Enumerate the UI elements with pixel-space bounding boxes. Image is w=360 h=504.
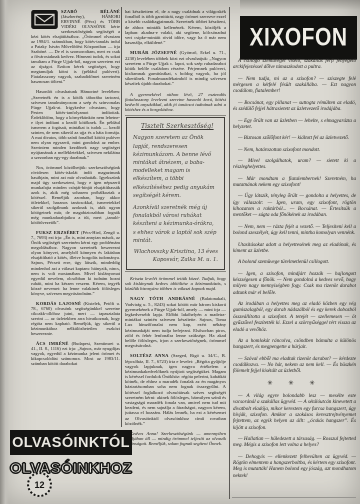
letter-text: (Szeged, Rigó u. 34/C., B. lépcsőház, II… (125, 353, 226, 425)
story-paragraph: — A világ egyre bolondabb lesz — mesélte… (233, 393, 356, 431)
handwritten-letter-box: Tisztelt Szerkesztőség! Nagyon szeretem … (126, 117, 225, 270)
story-paragraph: — Mivel szolgálhatok, uram? — sietett ki… (233, 158, 356, 171)
scan-top-shadow (240, 0, 360, 10)
story-paragraph: — Egy őrült van az üzletben — lehelte, s… (233, 118, 356, 131)
middle-column: hat készítettem el, de a nagy családnak … (125, 9, 226, 501)
letter-text: hat készítettem el, de a nagy családnak … (125, 9, 226, 45)
reader-letter: KORDÁS LAJOSNÉ (Kistelek, Petőfi u. 78.,… (31, 301, 120, 336)
letter-continuation: hat készítettem el, de a nagy családnak … (125, 9, 226, 45)
humor-column-title: XIXOFON (240, 16, 357, 60)
reader-letter: SZABÓ BÉLÁNÉ (Jászberény), HÁMORI ERVINN… (31, 9, 120, 84)
story-paragraph: A csillogó szemüveget viselő, szakállas … (233, 58, 356, 71)
story-paragraph: — Dehogyis — ellenkezett felhevülten az … (233, 454, 356, 479)
letter-text: Kedves Anna! Szerkesztőségünk — amennyib… (125, 431, 226, 446)
left-column: SZABÓ BÉLÁNÉ (Jászberény), HÁMORI ERVINN… (31, 9, 120, 426)
reader-letter: NAGY TÓTH ANDRÁSNÉ (Balatonakali, Vadvir… (125, 296, 226, 348)
story-paragraph: — Már mondtam a fiatalembernek! Szeretné… (233, 176, 356, 189)
story-paragraph: — Biztosan szőlőfont kér! — kiáltott fel… (233, 135, 356, 141)
letter-signature: Wlachovszky Krisztina, 13 éves (133, 249, 218, 257)
story-paragraph: — Igen, a szixofon, mindjárt hozzák — ha… (233, 271, 356, 296)
scan-gutter-shadow (0, 0, 9, 504)
reader-letter: FUKSZ ERZSÉBET (Pécs-Hird, Zengő u. 7., … (31, 230, 120, 295)
letter-text: (Kistelek, Petőfi u. 78., 6760) olvasónk… (31, 301, 120, 336)
column-divider (229, 7, 230, 499)
reader-letter: Hasonlót olvashatunk Hámoriné levelében:… (31, 89, 120, 159)
editor-reply: Kedves Anna! Szerkesztőségünk — amennyib… (125, 431, 226, 447)
reader-letter: SOLTÉSZ ANNA (Szeged, Rigó u. 34/C., B. … (125, 353, 226, 426)
story-paragraph: Utasításokat adott a helyettesének meg a… (233, 242, 356, 255)
letter-text: Hasonlót olvashatunk Hámoriné levelében:… (31, 89, 120, 159)
asterisk-separator: ✳ ✳ ✳ (233, 380, 356, 388)
story-paragraph: Az irodában a helyettes meg az eladó köz… (233, 301, 356, 333)
section-banner-to-readers: OLVASÓINKHOZ (10, 457, 132, 479)
letter-text: A gyermekével otthon lévő, 27 esztendős … (125, 92, 226, 113)
letter-text: Kriszta levelét örömmel tettük közzé. Tu… (125, 276, 226, 291)
letter-salutation: Tisztelt Szerkesztőség! (141, 123, 218, 130)
letter-text: (Pécs-Hird, Zengő u. 7., 7693) ezt írja:… (31, 230, 120, 295)
column-divider (121, 7, 122, 427)
envelope-icon (31, 10, 58, 29)
story-paragraph: — Nem, nem — rázta fejét a vezető. — Tel… (233, 224, 356, 237)
story-paragraph: Az a homlokát ráncolva, csöndben bámulta… (233, 338, 356, 351)
story-paragraph: — Bocsánat, egy pillanat — suttogta rémü… (233, 100, 356, 113)
story-paragraph: — Nem tudja, mi az a szixofon? — sziszeg… (233, 76, 356, 95)
story-paragraph: — Úgy látszik, tényleg őrült — gondolta … (233, 193, 356, 218)
editor-reply: Nos, örömmel közölhetjük: szerkesztőségü… (31, 165, 120, 225)
page-number-badge: 12 (27, 472, 52, 497)
humor-column: A csillogó szemüveget viselő, szakállas … (233, 58, 356, 498)
letter-text: Nos, örömmel közölhetjük: szerkesztőségü… (31, 165, 120, 225)
handwritten-text: Nagyon szeretem az Önök lapját, rendszer… (133, 134, 218, 200)
handwritten-text: Azonkívül szeretnék még új fonalakból vá… (133, 204, 218, 245)
editor-note: A gyermekével otthon lévő, 27 esztendős … (125, 92, 226, 113)
letter-text: (Balatonakali, Vadvirág u. 5., 8243) sok… (125, 296, 226, 348)
section-banner-from-readers: OLVASÓINKTÓL (10, 430, 132, 455)
story-paragraph: — Hallatlan — hüledezett a társaság. — R… (233, 436, 356, 449)
editor-reply: Kriszta levelét örömmel tettük közzé. Tu… (125, 276, 226, 292)
story-paragraph: — Nem, határozottan szixofont mondott. (233, 147, 356, 153)
story-paragraph: — Szóval ebből ma eladtak tizenöt darabo… (233, 356, 356, 375)
letter-text: (Gyömrő, Erkel u. 71., 2230) levelében t… (125, 50, 226, 86)
reader-letter: MURÁR JÓZSEFNÉ (Gyömrő, Erkel u. 71., 22… (125, 50, 226, 86)
story-paragraph: A bolond szemüvege türelmetlenül csillog… (233, 259, 356, 265)
scanned-magazine-page: SZABÓ BÉLÁNÉ (Jászberény), HÁMORI ERVINN… (0, 0, 360, 504)
reader-letter: ÁCS IMRÉNÉ (Budapest, Szentimrei u. 41.,… (31, 341, 120, 366)
letter-signature: Kaposvár, Zalka M. u. 1. (133, 257, 218, 265)
